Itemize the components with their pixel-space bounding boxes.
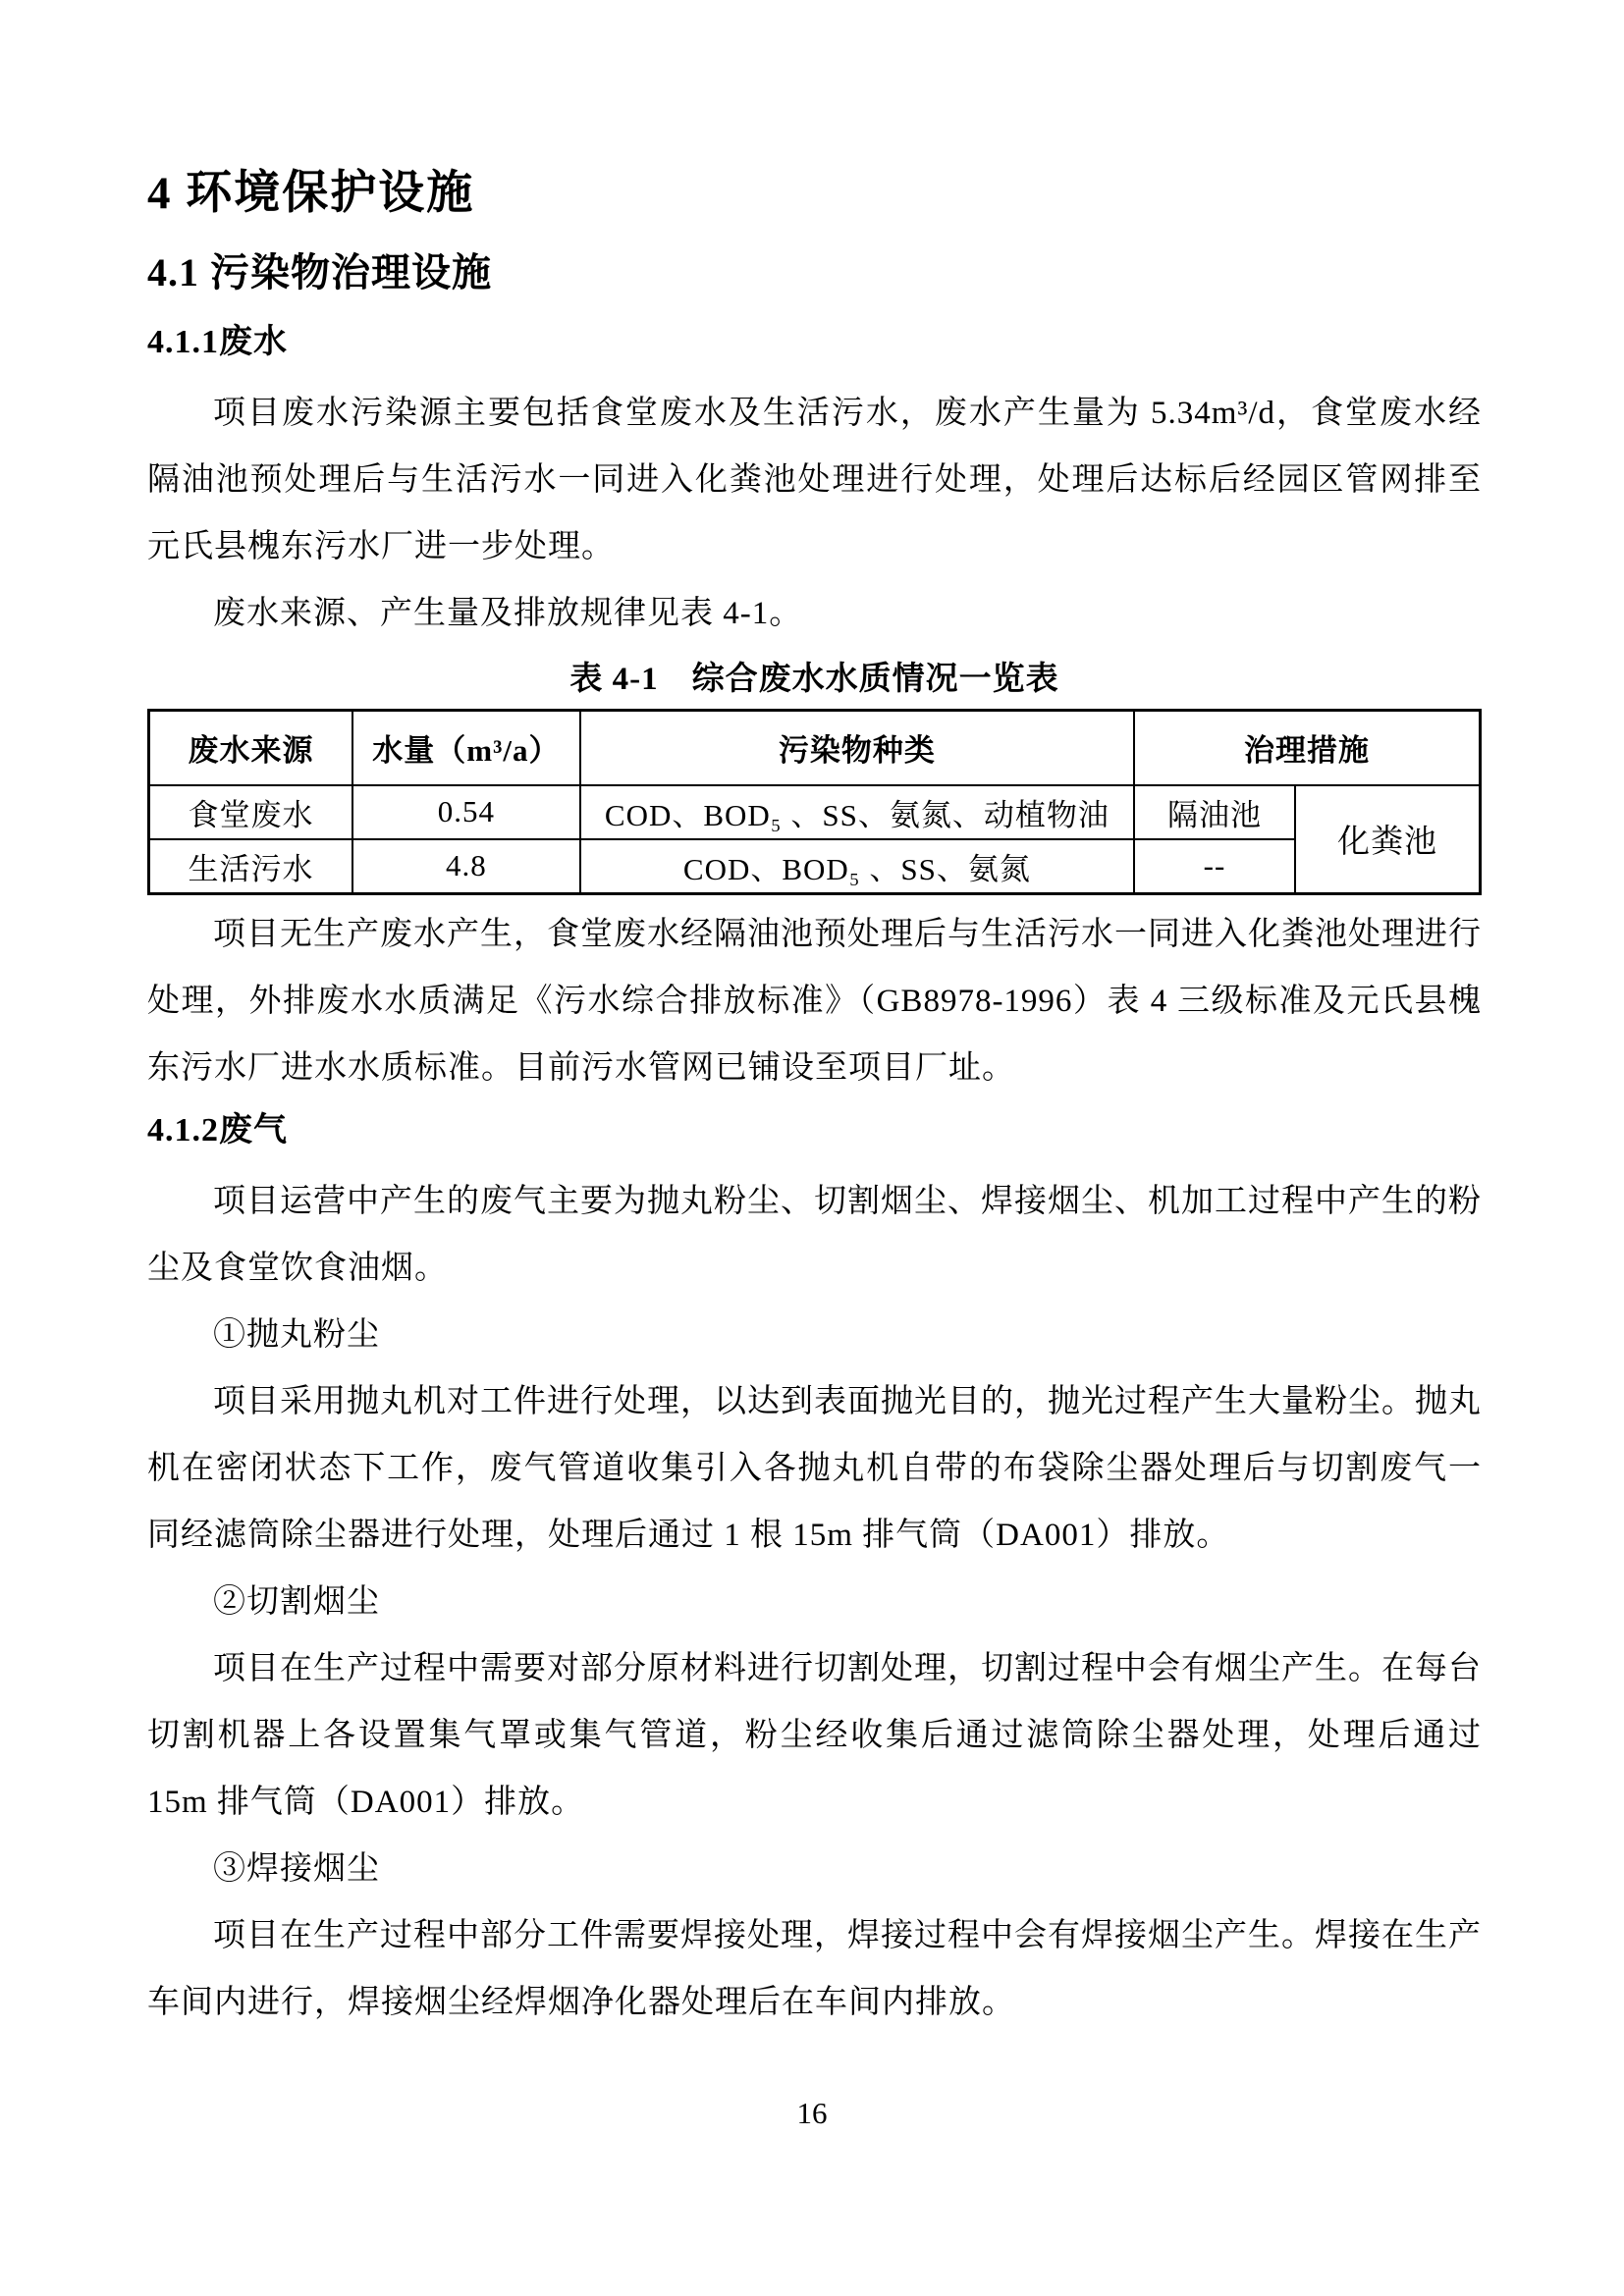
item-cutting-body: 项目在生产过程中需要对部分原材料进行切割处理，切割过程中会有烟尘产生。在每台切割… [147, 1635, 1482, 1836]
cell-treatment-merged: 化粪池 [1295, 785, 1481, 894]
subsection-heading-wastewater: 4.1.1废水 [147, 321, 1482, 364]
col-header-source: 废水来源 [149, 710, 352, 785]
paragraph-after-table: 项目无生产废水产生，食堂废水经隔油池预处理后与生活污水一同进入化粪池处理进行处理… [147, 901, 1482, 1101]
cell-pollutants: COD、BOD₅ 、SS、氨氮 [580, 839, 1134, 894]
item-shotblast-body: 项目采用抛丸机对工件进行处理，以达到表面抛光目的，抛光过程产生大量粉尘。抛丸机在… [147, 1368, 1482, 1569]
paragraph-gas-intro: 项目运营中产生的废气主要为抛丸粉尘、切割烟尘、焊接烟尘、机加工过程中产生的粉尘及… [147, 1168, 1482, 1302]
item-welding-title: ③焊接烟尘 [147, 1836, 1482, 1902]
wastewater-quality-table: 废水来源 水量（m³/a） 污染物种类 治理措施 食堂废水 0.54 COD、B… [147, 709, 1482, 895]
table-row-canteen: 食堂废水 0.54 COD、BOD₅ 、SS、氨氮、动植物油 隔油池 化粪池 [149, 785, 1481, 839]
col-header-amount: 水量（m³/a） [352, 710, 580, 785]
cell-treatment-primary: -- [1134, 839, 1295, 894]
chapter-heading: 4 环境保护设施 [147, 165, 1482, 223]
col-header-treatment: 治理措施 [1134, 710, 1481, 785]
cell-source: 生活污水 [149, 839, 352, 894]
cell-source: 食堂废水 [149, 785, 352, 839]
item-cutting-title: ②切割烟尘 [147, 1569, 1482, 1635]
table-row-domestic: 生活污水 4.8 COD、BOD₅ 、SS、氨氮 -- [149, 839, 1481, 894]
table-header-row: 废水来源 水量（m³/a） 污染物种类 治理措施 [149, 710, 1481, 785]
cell-treatment-primary: 隔油池 [1134, 785, 1295, 839]
subsection-heading-gas: 4.1.2废气 [147, 1109, 1482, 1152]
document-page: 4 环境保护设施 4.1 污染物治理设施 4.1.1废水 项目废水污染源主要包括… [0, 0, 1624, 2296]
table-caption: 表 4-1 综合废水水质情况一览表 [147, 653, 1482, 699]
item-welding-body: 项目在生产过程中部分工件需要焊接处理，焊接过程中会有焊接烟尘产生。焊接在生产车间… [147, 1902, 1482, 2036]
paragraph-wastewater-intro: 项目废水污染源主要包括食堂废水及生活污水，废水产生量为 5.34m³/d，食堂废… [147, 380, 1482, 580]
section-heading: 4.1 污染物治理设施 [147, 248, 1482, 297]
col-header-pollutants: 污染物种类 [580, 710, 1134, 785]
cell-amount: 4.8 [352, 839, 580, 894]
cell-amount: 0.54 [352, 785, 580, 839]
paragraph-table-reference: 废水来源、产生量及排放规律见表 4-1。 [147, 580, 1482, 647]
cell-pollutants: COD、BOD₅ 、SS、氨氮、动植物油 [580, 785, 1134, 839]
item-shotblast-title: ①抛丸粉尘 [147, 1302, 1482, 1368]
page-number: 16 [0, 2096, 1624, 2131]
